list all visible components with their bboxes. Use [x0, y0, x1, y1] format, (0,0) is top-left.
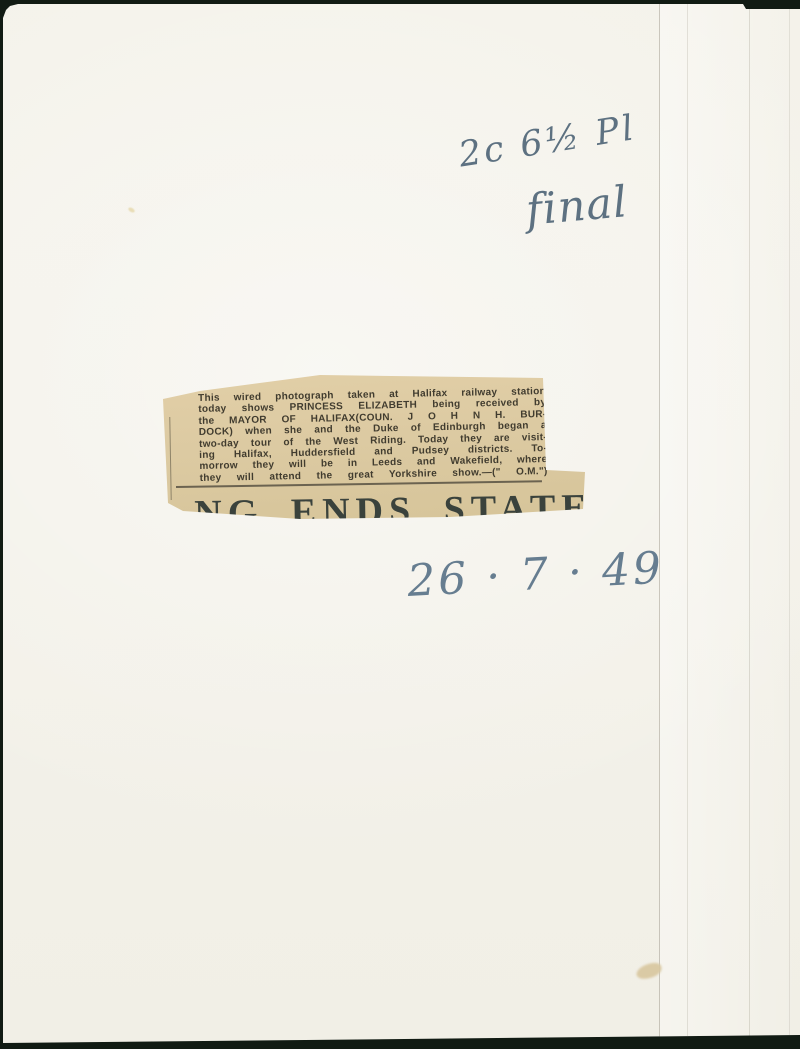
- clipping-column-rule: [169, 417, 171, 500]
- clipping-caption: This wired photograph taken at Halifax r…: [198, 386, 548, 484]
- scan-background: { "artifact": { "description_note": "ver…: [0, 0, 800, 1049]
- photo-paper-verso: [3, 4, 800, 1049]
- paper-crease-line-3: [749, 4, 750, 1049]
- paper-crease-line-4: [789, 4, 790, 1049]
- news-clipping: This wired photograph taken at Halifax r…: [160, 372, 590, 522]
- paper-speck: [127, 207, 135, 214]
- paper-crease-band: [660, 4, 800, 1049]
- paper-crease-line-1: [659, 4, 660, 1049]
- handwritten-final-annotation: final: [524, 177, 630, 236]
- paper-crease-line-2: [687, 4, 688, 1049]
